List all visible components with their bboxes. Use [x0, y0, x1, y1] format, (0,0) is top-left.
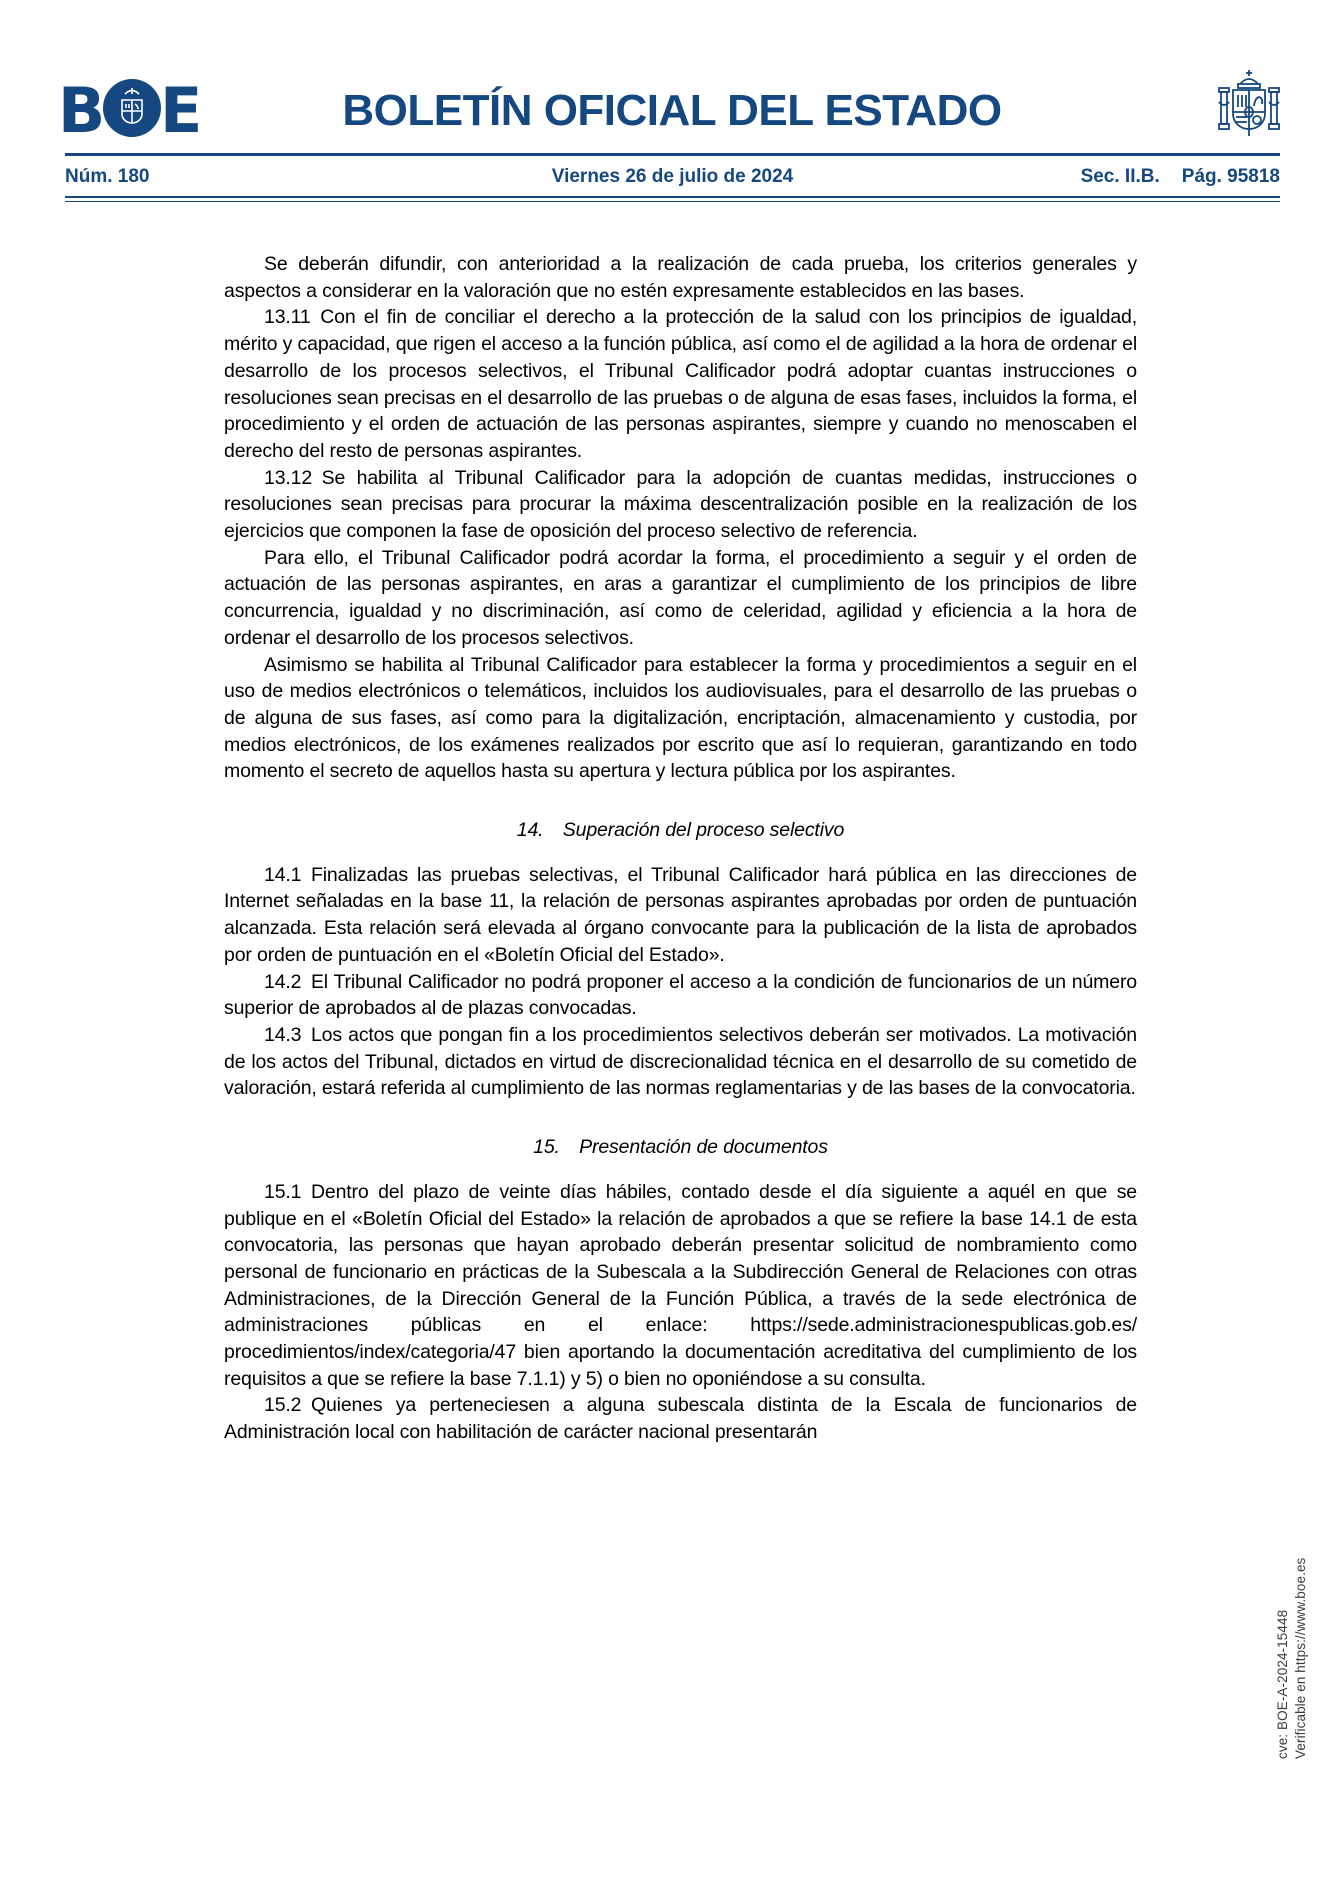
paragraph: Asimismo se habilita al Tribunal Calific… — [224, 652, 1137, 786]
paragraph: 14.3 Los actos que pongan fin a los proc… — [224, 1022, 1137, 1102]
issue-info-row: Núm. 180 Viernes 26 de julio de 2024 Sec… — [65, 161, 1280, 193]
section-heading: 15. Presentación de documentos — [224, 1134, 1137, 1161]
paragraph: 14.2 El Tribunal Calificador no podrá pr… — [224, 969, 1137, 1022]
masthead-rule-top — [65, 153, 1280, 156]
masthead-rule-bottom — [65, 196, 1280, 198]
paragraph: 13.12 Se habilita al Tribunal Calificado… — [224, 465, 1137, 545]
section-label: Sec. II.B. — [1081, 166, 1160, 187]
issue-number: Núm. 180 — [65, 166, 422, 188]
document-body: Se deberán difundir, con anterioridad a … — [224, 251, 1137, 1446]
issue-date: Viernes 26 de julio de 2024 — [422, 166, 922, 188]
paragraph: 15.1 Dentro del plazo de veinte días háb… — [224, 1179, 1137, 1393]
paragraph: 15.2 Quienes ya perteneciesen a alguna s… — [224, 1392, 1137, 1445]
boe-gazette-page: B E BOLETÍN OFICIAL DEL ESTADO — [0, 0, 1344, 1900]
paragraph: 13.11 Con el fin de conciliar el derecho… — [224, 304, 1137, 464]
masthead-rule-bottom-thin — [65, 201, 1280, 202]
paragraph: 14.1 Finalizadas las pruebas selectivas,… — [224, 862, 1137, 969]
section-heading: 14. Superación del proceso selectivo — [224, 817, 1137, 844]
spain-coat-of-arms-icon — [1216, 68, 1282, 151]
cve-verification-strip: cve: BOE-A-2024-15448 Verificable en htt… — [1274, 1558, 1309, 1759]
verify-url: Verificable en https://www.boe.es — [1292, 1558, 1310, 1759]
section-and-page: Sec. II.B.Pág. 95818 — [923, 166, 1280, 188]
cve-code: cve: BOE-A-2024-15448 — [1274, 1558, 1292, 1759]
paragraph: Se deberán difundir, con anterioridad a … — [224, 251, 1137, 304]
page-title: BOLETÍN OFICIAL DEL ESTADO — [0, 86, 1344, 136]
page-number: Pág. 95818 — [1182, 166, 1280, 187]
paragraph: Para ello, el Tribunal Calificador podrá… — [224, 545, 1137, 652]
